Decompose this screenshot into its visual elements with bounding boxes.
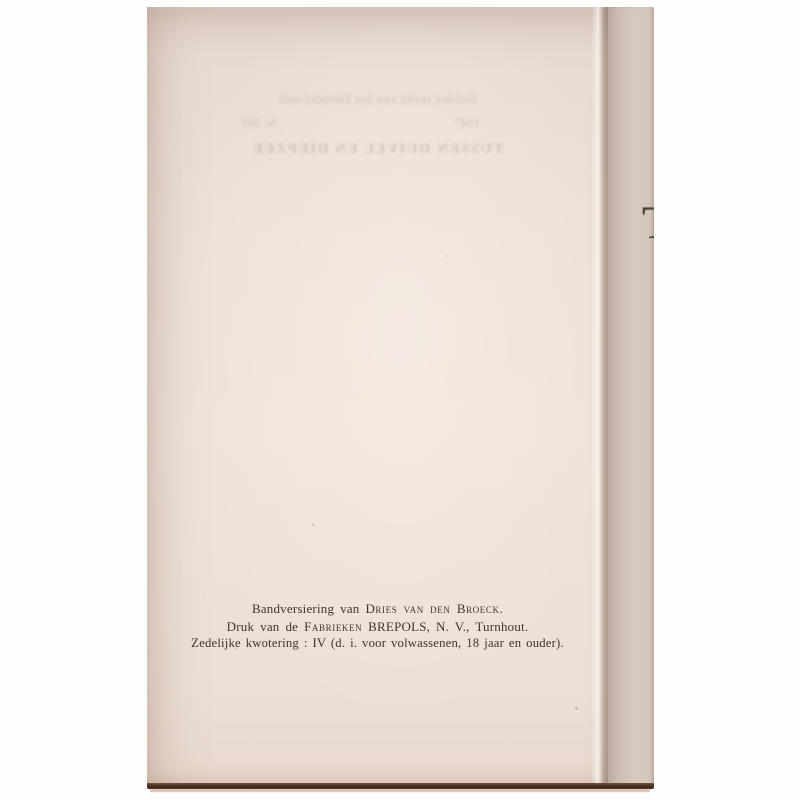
show-through-line-number: 1947 Nr 368 — [147, 116, 608, 130]
colophon-line-binding: Bandversiering van Dries van den Broeck. — [147, 600, 608, 618]
colophon-text: Bandversiering van — [252, 601, 366, 616]
show-through-series-number: Nr 368 — [242, 116, 277, 130]
partial-title-letter: T — [642, 200, 654, 247]
colophon: Bandversiering van Dries van den Broeck.… — [147, 600, 608, 653]
show-through-year: 1947 — [455, 116, 480, 130]
book-page: Gulden reeks van het Davidsfonds 1947 Nr… — [147, 7, 608, 786]
printer-location: BREPOLS, N. V., Turnhout. — [362, 619, 528, 634]
show-through-line-series: Gulden reeks van het Davidsfonds — [147, 91, 608, 107]
paper-speck — [575, 707, 578, 710]
show-through-text: Gulden reeks van het Davidsfonds 1947 Nr… — [147, 91, 608, 158]
colophon-text: Druk van de — [227, 619, 304, 634]
moral-rating-text: Zedelijke kwotering : IV (d. i. voor vol… — [191, 636, 564, 650]
printer-name: Fabrieken — [304, 619, 362, 634]
colophon-line-rating: Zedelijke kwotering : IV (d. i. voor vol… — [147, 635, 608, 653]
colophon-line-printer: Druk van de Fabrieken BREPOLS, N. V., Tu… — [147, 618, 608, 636]
next-page-edge: T — [608, 7, 654, 786]
scan-background: Gulden reeks van het Davidsfonds 1947 Nr… — [0, 0, 800, 800]
colophon-text: . — [500, 601, 503, 616]
page-bottom-edge-highlight — [150, 789, 650, 792]
show-through-line-title: TUSSEN DUIVEL EN DIEPZEE — [147, 140, 608, 158]
paper-speck — [445, 255, 447, 257]
paper-speck — [312, 524, 314, 526]
designer-name: Dries van den Broeck — [365, 601, 499, 616]
page-fold-shadow — [591, 7, 608, 786]
paper-speck — [235, 647, 237, 650]
